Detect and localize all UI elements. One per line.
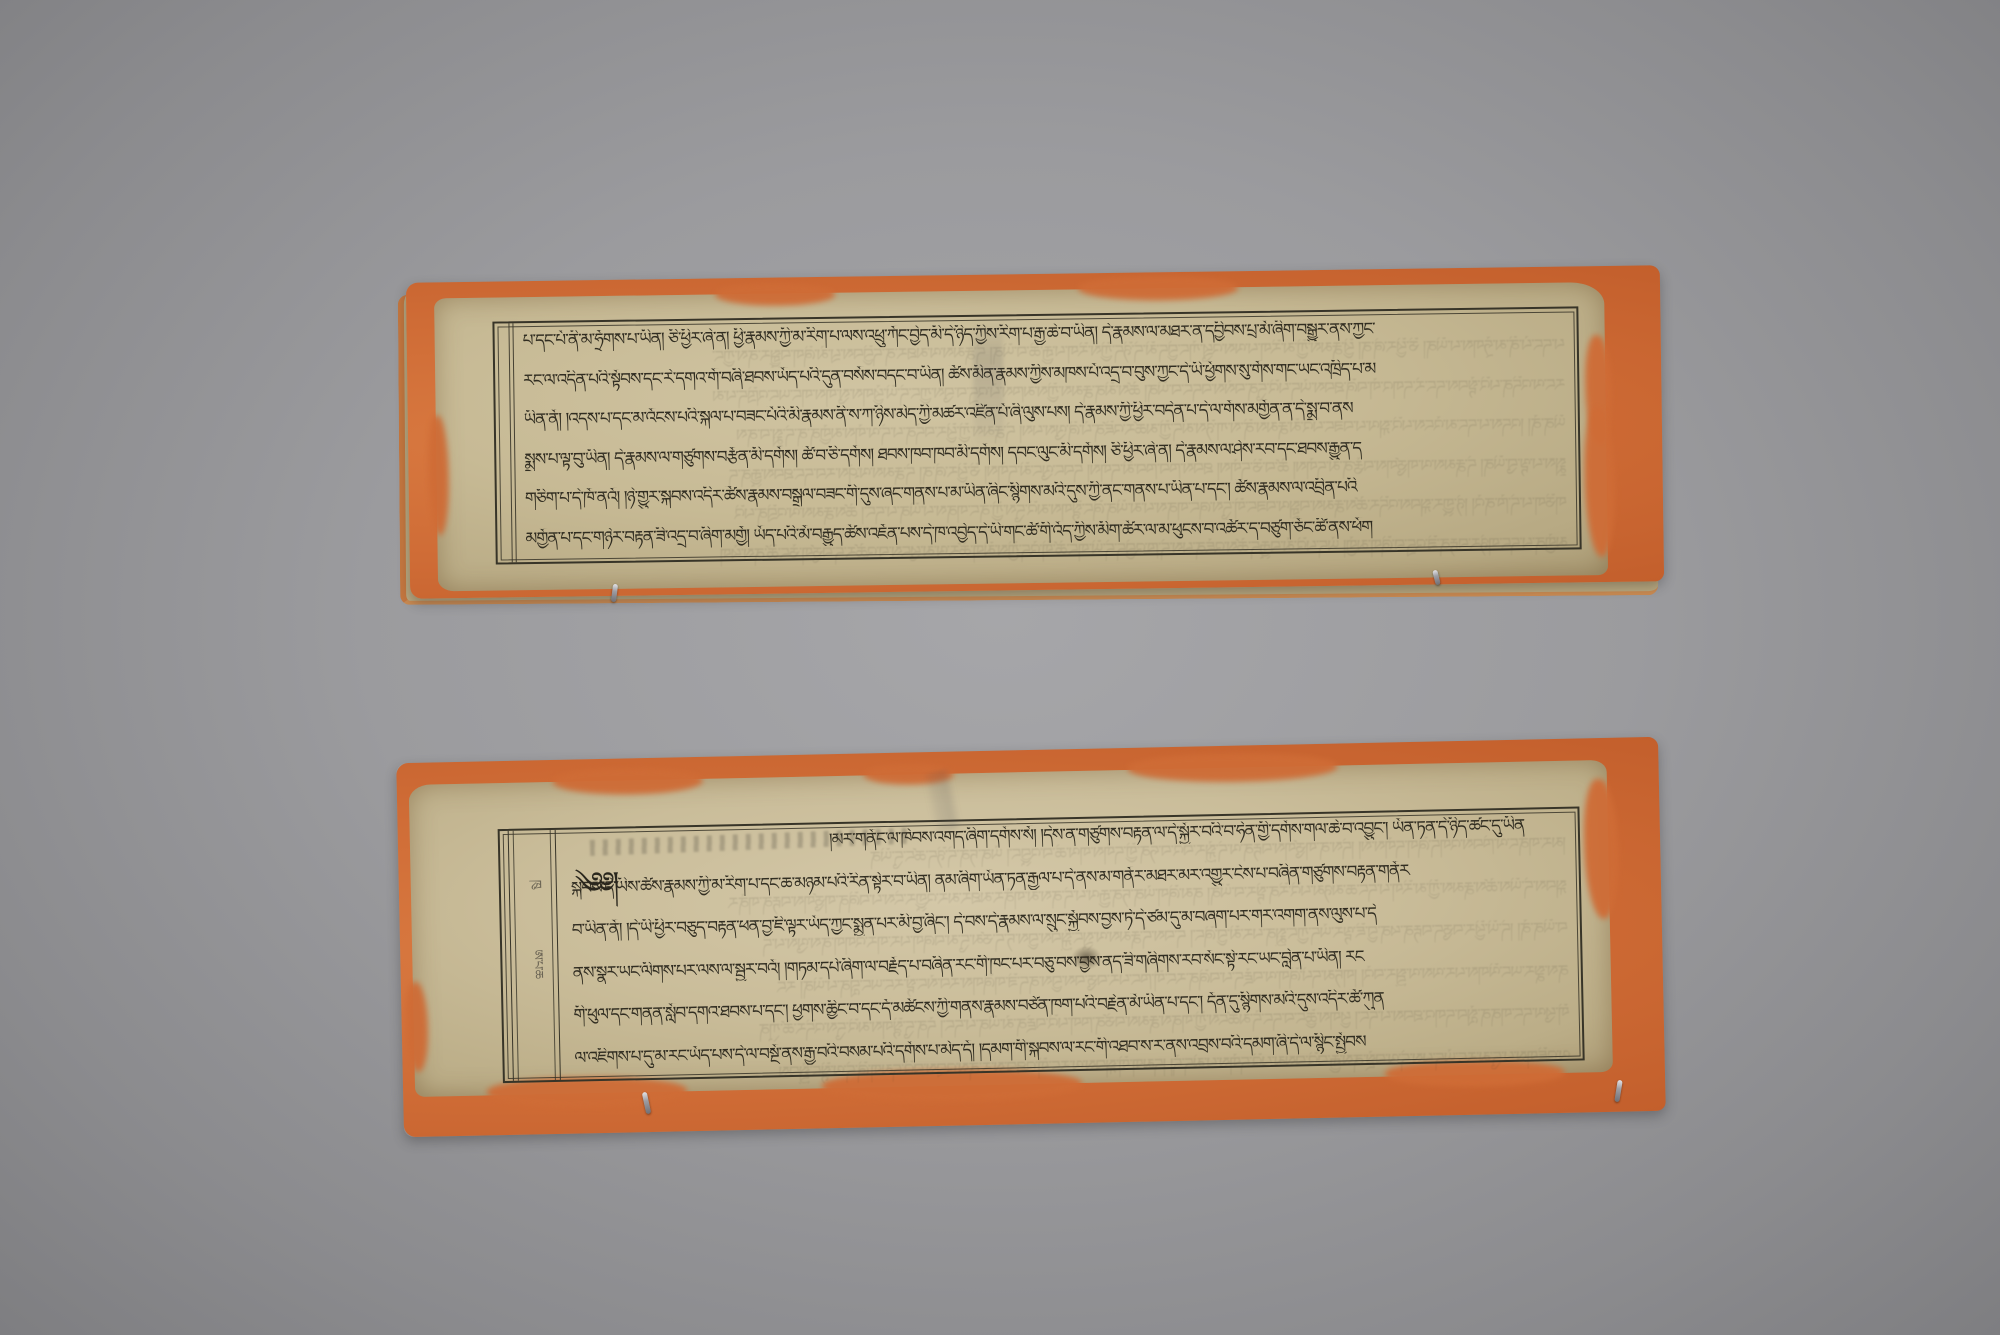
- yig-mgo-head-mark: ༄༅།: [574, 869, 617, 900]
- text-line: པ་དང་པོ་ནི་མ་ཧྲོགས་པ་ཡིན། ཅི་ཕྱིར་ཞེ་ན། …: [523, 317, 1565, 353]
- text-line: ལ་འཇིགས་པ་དུ་མ་རང་ཡོད་པས་དེ་ལ་བསྔོ་ནས་རྒ…: [574, 1027, 1570, 1069]
- text-line: ཡིན་ནོ། །འདས་པ་དང་མ་འོངས་པའི་སྐལ་པ་བཟང་པ…: [524, 396, 1566, 432]
- text-line: སྨྲས་པ་ལྟ་བུ་ཡིན། དེ་རྣམས་ལ་གཙུགས་བརྩོན་…: [524, 435, 1566, 471]
- text-line: རང་ལ་འདིན་པའི་སྟོབས་དང་རེ་དགའ་གོ་བཞི་ཐབས…: [523, 356, 1565, 392]
- text-line: །མར་གནོང་ལ་ཁེབས་འགད་ཞིག་དགོས་སོ། །དེས་ན་…: [570, 815, 1566, 857]
- margin-folio-letter: ཁུ: [514, 879, 551, 888]
- text-line: ནས་སྣར་ཡང་ལིགས་པར་ལས་ལ་སྦྱར་བའོ། །གཏམ་དཔ…: [572, 942, 1568, 984]
- printed-text-frame: ཁུ ཨ་པ་ཆ །མར་གནོང་ལ་ཁེབས་འགད་ཞིག་དགོས་སོ…: [498, 806, 1585, 1083]
- text-line: མགྱོན་པ་དང་གཉེར་བརྟན་ཟི་འདྲ་བ་ཞིག་མགྱོ། …: [525, 514, 1567, 550]
- left-margin-rule: [508, 323, 516, 562]
- photograph-of-tibetan-manuscript: པ་དང་པོ་ནི་མ་ཧྲོགས་པ་ཡིན། ཅི་ཕྱིར་ཞེ་ན། …: [0, 0, 2000, 1335]
- printed-text-frame: པ་དང་པོ་ནི་མ་ཧྲོགས་པ་ཡིན། ཅི་ཕྱིར་ཞེ་ན། …: [492, 306, 1581, 564]
- text-line: གི་ཕུལ་དང་གནན་སློབ་དགའ་ཐབས་པ་དང་། ཕྱགས་ཆ…: [573, 985, 1569, 1027]
- margin-title-column: ཁུ ཨ་པ་ཆ: [508, 830, 561, 1081]
- manuscript-leaf-top: པ་དང་པོ་ནི་མ་ཧྲོགས་པ་ཡིན། ཅི་ཕྱིར་ཞེ་ན། …: [406, 265, 1664, 598]
- text-line: སྐབས་དེ་ཡིས་ཚོས་རྣམས་ཀྱི་མ་རིག་པ་དང་ཆ་མཉ…: [571, 857, 1567, 899]
- text-line: བ་ཡིན་ནོ། །དེ་ཡི་ཕྱིར་བཅུད་བརྟན་ཕན་བྱ་ཇི…: [572, 900, 1568, 942]
- paper-surface: པ་དང་པོ་ནི་མ་ཧྲོགས་པ་ཡིན། ཅི་ཕྱིར་ཞེ་ན། …: [434, 282, 1608, 591]
- paper-surface: ཁུ ཨ་པ་ཆ །མར་གནོང་ལ་ཁེབས་འགད་ཞིག་དགོས་སོ…: [409, 760, 1613, 1097]
- margin-title-label: ཨ་པ་ཆ: [516, 949, 554, 978]
- text-line: གཅིག་པ་དེ་ཁོ་ནའོ། །ཉེ་གྱུར་སྐབས་འདིར་ཚོས…: [525, 475, 1567, 511]
- manuscript-leaf-bottom: ཁུ ཨ་པ་ཆ །མར་གནོང་ལ་ཁེབས་འགད་ཞིག་དགོས་སོ…: [396, 737, 1666, 1137]
